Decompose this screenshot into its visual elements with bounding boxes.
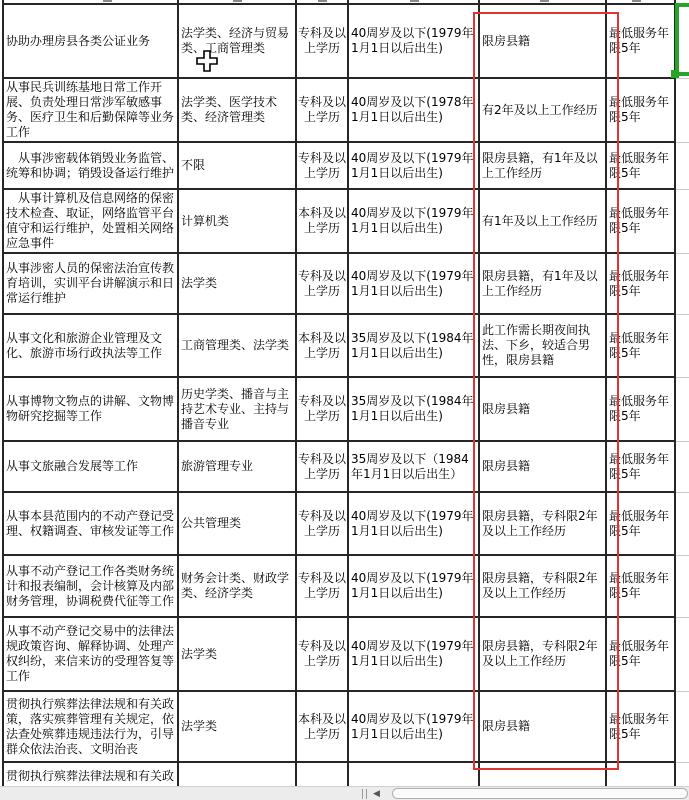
cell-cursor-icon bbox=[196, 50, 218, 72]
cell-service-years[interactable]: 最低服务年限5年 bbox=[606, 314, 675, 377]
cell-job-duty[interactable]: 从事文旅融合发展等工作 bbox=[3, 441, 178, 492]
cell-age-limit[interactable]: 35周岁及以下（1984年1月1日以后出生） bbox=[348, 441, 479, 492]
table-row: 从事涉密人员的保密法治宣传教育培训，实训平台讲解演示和日常运行维护 法学类 专科… bbox=[3, 253, 689, 314]
cell-other-requirement[interactable]: 限房县籍，专科限2年及以上工作经历 bbox=[479, 492, 606, 555]
scrollbar-thumb[interactable] bbox=[392, 788, 688, 799]
horizontal-scrollbar[interactable]: ◀ bbox=[0, 786, 689, 800]
cell-education[interactable]: 专科及以上学历 bbox=[296, 441, 348, 492]
table-row: 从事民兵训练基地日常工作开展、负责处理日常涉军敏感事务、医疗卫生和后勤保障等业务… bbox=[3, 78, 689, 142]
cell-age-limit[interactable]: 40周岁及以下(1979年1月1日以后出生) bbox=[348, 253, 479, 314]
cell-next-column[interactable] bbox=[675, 555, 689, 617]
cell-age-limit[interactable]: 40周岁及以下(1979年1月1日以后出生) bbox=[348, 691, 479, 762]
cell-age-limit[interactable]: 40周岁及以下(1978年1月1日以后出生) bbox=[348, 78, 479, 142]
cell-service-years[interactable]: 最低服务年限5年 bbox=[606, 691, 675, 762]
cell-next-column[interactable] bbox=[675, 377, 689, 441]
cell-job-duty[interactable]: 从事涉密人员的保密法治宣传教育培训，实训平台讲解演示和日常运行维护 bbox=[3, 253, 178, 314]
cell-service-years[interactable]: 最低服务年限5年 bbox=[606, 78, 675, 142]
cell-major-requirement[interactable]: 旅游管理专业 bbox=[178, 441, 296, 492]
cell-other-requirement[interactable]: 限房县籍，专科限2年及以上工作经历 bbox=[479, 617, 606, 691]
cell-major-requirement[interactable]: 法学类 bbox=[178, 253, 296, 314]
cell-education[interactable]: 本科及以上学历 bbox=[296, 314, 348, 377]
cell-age-limit[interactable]: 40周岁及以下(1979年1月1日以后出生) bbox=[348, 617, 479, 691]
cell-service-years[interactable]: 最低服务年限5年 bbox=[606, 4, 675, 78]
cell-service-years[interactable]: 最低服务年限5年 bbox=[606, 189, 675, 253]
table-row: 从事本县范围内的不动产登记受理、权籍调查、审核发证等工作 公共管理类 专科及以上… bbox=[3, 492, 689, 555]
cell-other-requirement[interactable]: 限房县籍 bbox=[479, 377, 606, 441]
clipped-text-remnant bbox=[233, 0, 242, 2]
cell-job-duty[interactable]: 贯彻执行殡葬法律法规和有关政策，落实殡葬管理有关规定，依法查处殡葬违规违法行为，… bbox=[3, 691, 178, 762]
cell-major-requirement[interactable]: 法学类、医学技术类、经济管理类 bbox=[178, 78, 296, 142]
cell-age-limit[interactable]: 40周岁及以下(1979年1月1日以后出生) bbox=[348, 492, 479, 555]
cell-next-column[interactable] bbox=[675, 142, 689, 189]
cell-other-requirement[interactable]: 限房县籍，有1年及以上工作经历 bbox=[479, 142, 606, 189]
cell-major-requirement[interactable]: 工商管理类、法学类 bbox=[178, 314, 296, 377]
cell-age-limit[interactable]: 35周岁及以下(1984年1月1日以后出生) bbox=[348, 377, 479, 441]
cell-age-limit[interactable]: 40周岁及以下(1979年1月1日以后出生) bbox=[348, 555, 479, 617]
cell-next-column[interactable] bbox=[675, 492, 689, 555]
cell-major-requirement[interactable]: 计算机类 bbox=[178, 189, 296, 253]
cell-service-years[interactable]: 最低服务年限5年 bbox=[606, 555, 675, 617]
cell-major-requirement[interactable]: 财务会计类、财政学类、经济学类 bbox=[178, 555, 296, 617]
cell-next-column[interactable] bbox=[675, 617, 689, 691]
cell-age-limit[interactable]: 40周岁及以下(1979年1月1日以后出生) bbox=[348, 189, 479, 253]
cell-service-years[interactable]: 最低服务年限5年 bbox=[606, 617, 675, 691]
cell-selection-border[interactable] bbox=[675, 3, 689, 76]
cell-job-duty[interactable]: 从事不动产登记交易中的法律法规政策咨询、解释协调、处理产权纠纷，来信来访的受理答… bbox=[3, 617, 178, 691]
cell-next-column[interactable] bbox=[675, 253, 689, 314]
cell-education[interactable]: 专科及以上学历 bbox=[296, 377, 348, 441]
cell-major-requirement[interactable]: 不限 bbox=[178, 142, 296, 189]
cell-other-requirement[interactable]: 有1年及以上工作经历 bbox=[479, 189, 606, 253]
cell-age-limit[interactable]: 35周岁及以下(1984年1月1日以后出生) bbox=[348, 314, 479, 377]
cell-education[interactable]: 本科及以上学历 bbox=[296, 189, 348, 253]
cell-next-column[interactable] bbox=[675, 78, 689, 142]
table-row: 从事文旅融合发展等工作 旅游管理专业 专科及以上学历 35周岁及以下（1984年… bbox=[3, 441, 689, 492]
cell-service-years[interactable]: 最低服务年限5年 bbox=[606, 441, 675, 492]
cell-other-requirement[interactable]: 限房县籍 bbox=[479, 4, 606, 78]
pane-splitter[interactable] bbox=[362, 789, 363, 799]
table-row: 从事涉密载体销毁业务监管、统筹和协调；销毁设备运行维护 不限 专科及以上学历 4… bbox=[3, 142, 689, 189]
cell-job-duty[interactable]: 从事文化和旅游企业管理及文化、旅游市场行政执法等工作 bbox=[3, 314, 178, 377]
table-row: 协助办理房县各类公证业务 法学类、经济与贸易类、工商管理类 专科及以上学历 40… bbox=[3, 4, 689, 78]
table-row: 从事博物文物点的讲解、文物博物研究挖掘等工作 历史学类、播音与主持艺术专业、主持… bbox=[3, 377, 689, 441]
cell-major-requirement[interactable]: 法学类 bbox=[178, 617, 296, 691]
clipped-text-remnant bbox=[632, 0, 641, 2]
table-row: 从事计算机及信息网络的保密技术检查、取证，网络监管平台值守和运行维护，处置相关网… bbox=[3, 189, 689, 253]
cell-job-duty[interactable]: 从事民兵训练基地日常工作开展、负责处理日常涉军敏感事务、医疗卫生和后勤保障等业务… bbox=[3, 78, 178, 142]
cell-job-duty[interactable]: 从事不动产登记工作各类财务统计和报表编制，会计核算及内部财务管理，协调税费代征等… bbox=[3, 555, 178, 617]
cell-education[interactable]: 本科及以上学历 bbox=[296, 691, 348, 762]
cell-next-column[interactable] bbox=[675, 314, 689, 377]
cell-education[interactable]: 专科及以上学历 bbox=[296, 555, 348, 617]
cell-service-years[interactable]: 最低服务年限5年 bbox=[606, 377, 675, 441]
cell-other-requirement[interactable]: 限房县籍 bbox=[479, 691, 606, 762]
cell-education[interactable]: 专科及以上学历 bbox=[296, 142, 348, 189]
table-row: 从事不动产登记交易中的法律法规政策咨询、解释协调、处理产权纠纷，来信来访的受理答… bbox=[3, 617, 689, 691]
table-row: 贯彻执行殡葬法律法规和有关政策，落实殡葬管理有关规定，依法查处殡葬违规违法行为，… bbox=[3, 691, 689, 762]
cell-job-duty[interactable]: 从事计算机及信息网络的保密技术检查、取证，网络监管平台值守和运行维护，处置相关网… bbox=[3, 189, 178, 253]
cell-next-column[interactable] bbox=[675, 691, 689, 762]
cell-other-requirement[interactable]: 限房县籍，有1年及以上工作经历 bbox=[479, 253, 606, 314]
clipped-text-remnant bbox=[540, 0, 549, 2]
cell-job-duty[interactable]: 从事本县范围内的不动产登记受理、权籍调查、审核发证等工作 bbox=[3, 492, 178, 555]
cell-service-years[interactable]: 最低服务年限5年 bbox=[606, 492, 675, 555]
table-row: 从事不动产登记工作各类财务统计和报表编制，会计核算及内部财务管理，协调税费代征等… bbox=[3, 555, 689, 617]
cell-service-years[interactable]: 最低服务年限5年 bbox=[606, 142, 675, 189]
scroll-left-arrow-icon[interactable]: ◀ bbox=[373, 788, 380, 800]
clipped-text-remnant bbox=[103, 0, 112, 2]
cell-service-years[interactable]: 最低服务年限5年 bbox=[606, 253, 675, 314]
pane-splitter[interactable] bbox=[366, 789, 367, 799]
cell-education[interactable]: 专科及以上学历 bbox=[296, 253, 348, 314]
cell-other-requirement[interactable]: 限房县籍，专科限2年及以上工作经历 bbox=[479, 555, 606, 617]
cell-major-requirement[interactable]: 历史学类、播音与主持艺术专业、主持与播音专业 bbox=[178, 377, 296, 441]
cell-education[interactable]: 专科及以上学历 bbox=[296, 78, 348, 142]
cell-age-limit[interactable]: 40周岁及以下(1979年1月1日以后出生) bbox=[348, 4, 479, 78]
cell-next-column[interactable] bbox=[675, 441, 689, 492]
cell-job-duty[interactable]: 协助办理房县各类公证业务 bbox=[3, 4, 178, 78]
cell-education[interactable]: 专科及以上学历 bbox=[296, 4, 348, 78]
cell-major-requirement[interactable]: 公共管理类 bbox=[178, 492, 296, 555]
recruitment-table: 协助办理房县各类公证业务 法学类、经济与贸易类、工商管理类 专科及以上学历 40… bbox=[2, 3, 689, 791]
clipped-text-remnant bbox=[318, 0, 327, 2]
cell-major-requirement[interactable]: 法学类 bbox=[178, 691, 296, 762]
table-row: 从事文化和旅游企业管理及文化、旅游市场行政执法等工作 工商管理类、法学类 本科及… bbox=[3, 314, 689, 377]
spreadsheet-screenshot: { "table": { "rows": [ {"duty":"协助办理房县各类… bbox=[0, 0, 689, 800]
cell-age-limit[interactable]: 40周岁及以下(1979年1月1日以后出生) bbox=[348, 142, 479, 189]
cell-education[interactable]: 专科及以上学历 bbox=[296, 492, 348, 555]
cell-job-duty[interactable]: 从事涉密载体销毁业务监管、统筹和协调；销毁设备运行维护 bbox=[3, 142, 178, 189]
clipped-text-remnant bbox=[410, 0, 419, 2]
selection-fill-handle[interactable] bbox=[671, 70, 679, 78]
cell-job-duty[interactable]: 从事博物文物点的讲解、文物博物研究挖掘等工作 bbox=[3, 377, 178, 441]
cell-other-requirement[interactable]: 此工作需长期夜间执法、下乡，较适合男性，限房县籍 bbox=[479, 314, 606, 377]
cell-education[interactable]: 专科及以上学历 bbox=[296, 617, 348, 691]
cell-next-column[interactable] bbox=[675, 189, 689, 253]
recruitment-table-area: 协助办理房县各类公证业务 法学类、经济与贸易类、工商管理类 专科及以上学历 40… bbox=[2, 3, 689, 791]
cell-other-requirement[interactable]: 有2年及以上工作经历 bbox=[479, 78, 606, 142]
cell-other-requirement[interactable]: 限房县籍 bbox=[479, 441, 606, 492]
